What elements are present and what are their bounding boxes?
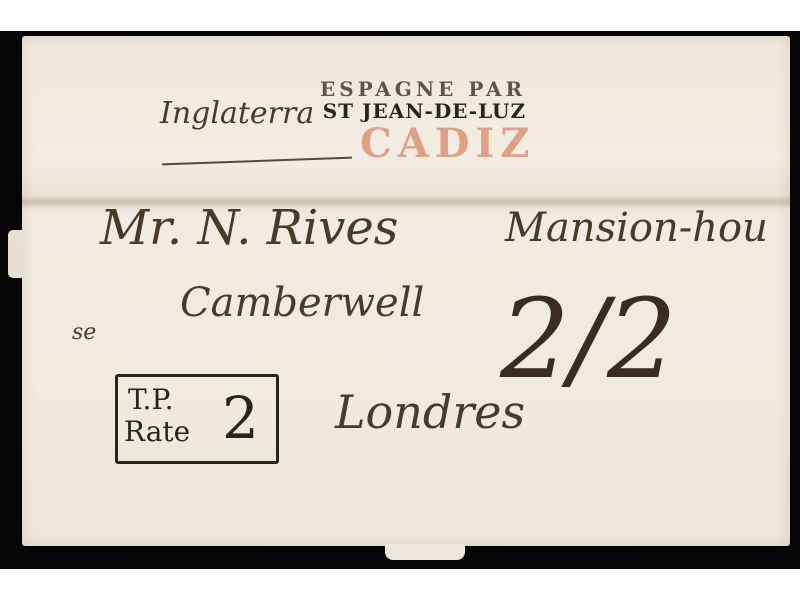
district: Camberwell — [180, 280, 424, 326]
street-address: Mansion-hou — [505, 205, 768, 251]
paper-tab-bottom — [385, 544, 465, 560]
tp-rate-handstamp: T.P. Rate 2 — [115, 374, 279, 464]
addressee: Mr. N. Rives — [100, 200, 398, 256]
tp-label: T.P. — [128, 383, 174, 416]
city: Londres — [335, 385, 525, 439]
cadiz-postmark: CADIZ — [360, 120, 535, 167]
origin-line-2: ST JEAN-DE-LUZ — [320, 100, 526, 122]
origin-line-1: ESPAGNE PAR — [320, 78, 526, 100]
rate-label: Rate — [124, 415, 190, 448]
origin-postmark: ESPAGNE PAR ST JEAN-DE-LUZ — [320, 78, 526, 122]
route-inscription: Inglaterra — [160, 96, 314, 131]
rate-value: 2 — [222, 383, 259, 453]
manuscript-rate: 2/2 — [500, 275, 677, 403]
address-prefix: se — [72, 320, 96, 345]
